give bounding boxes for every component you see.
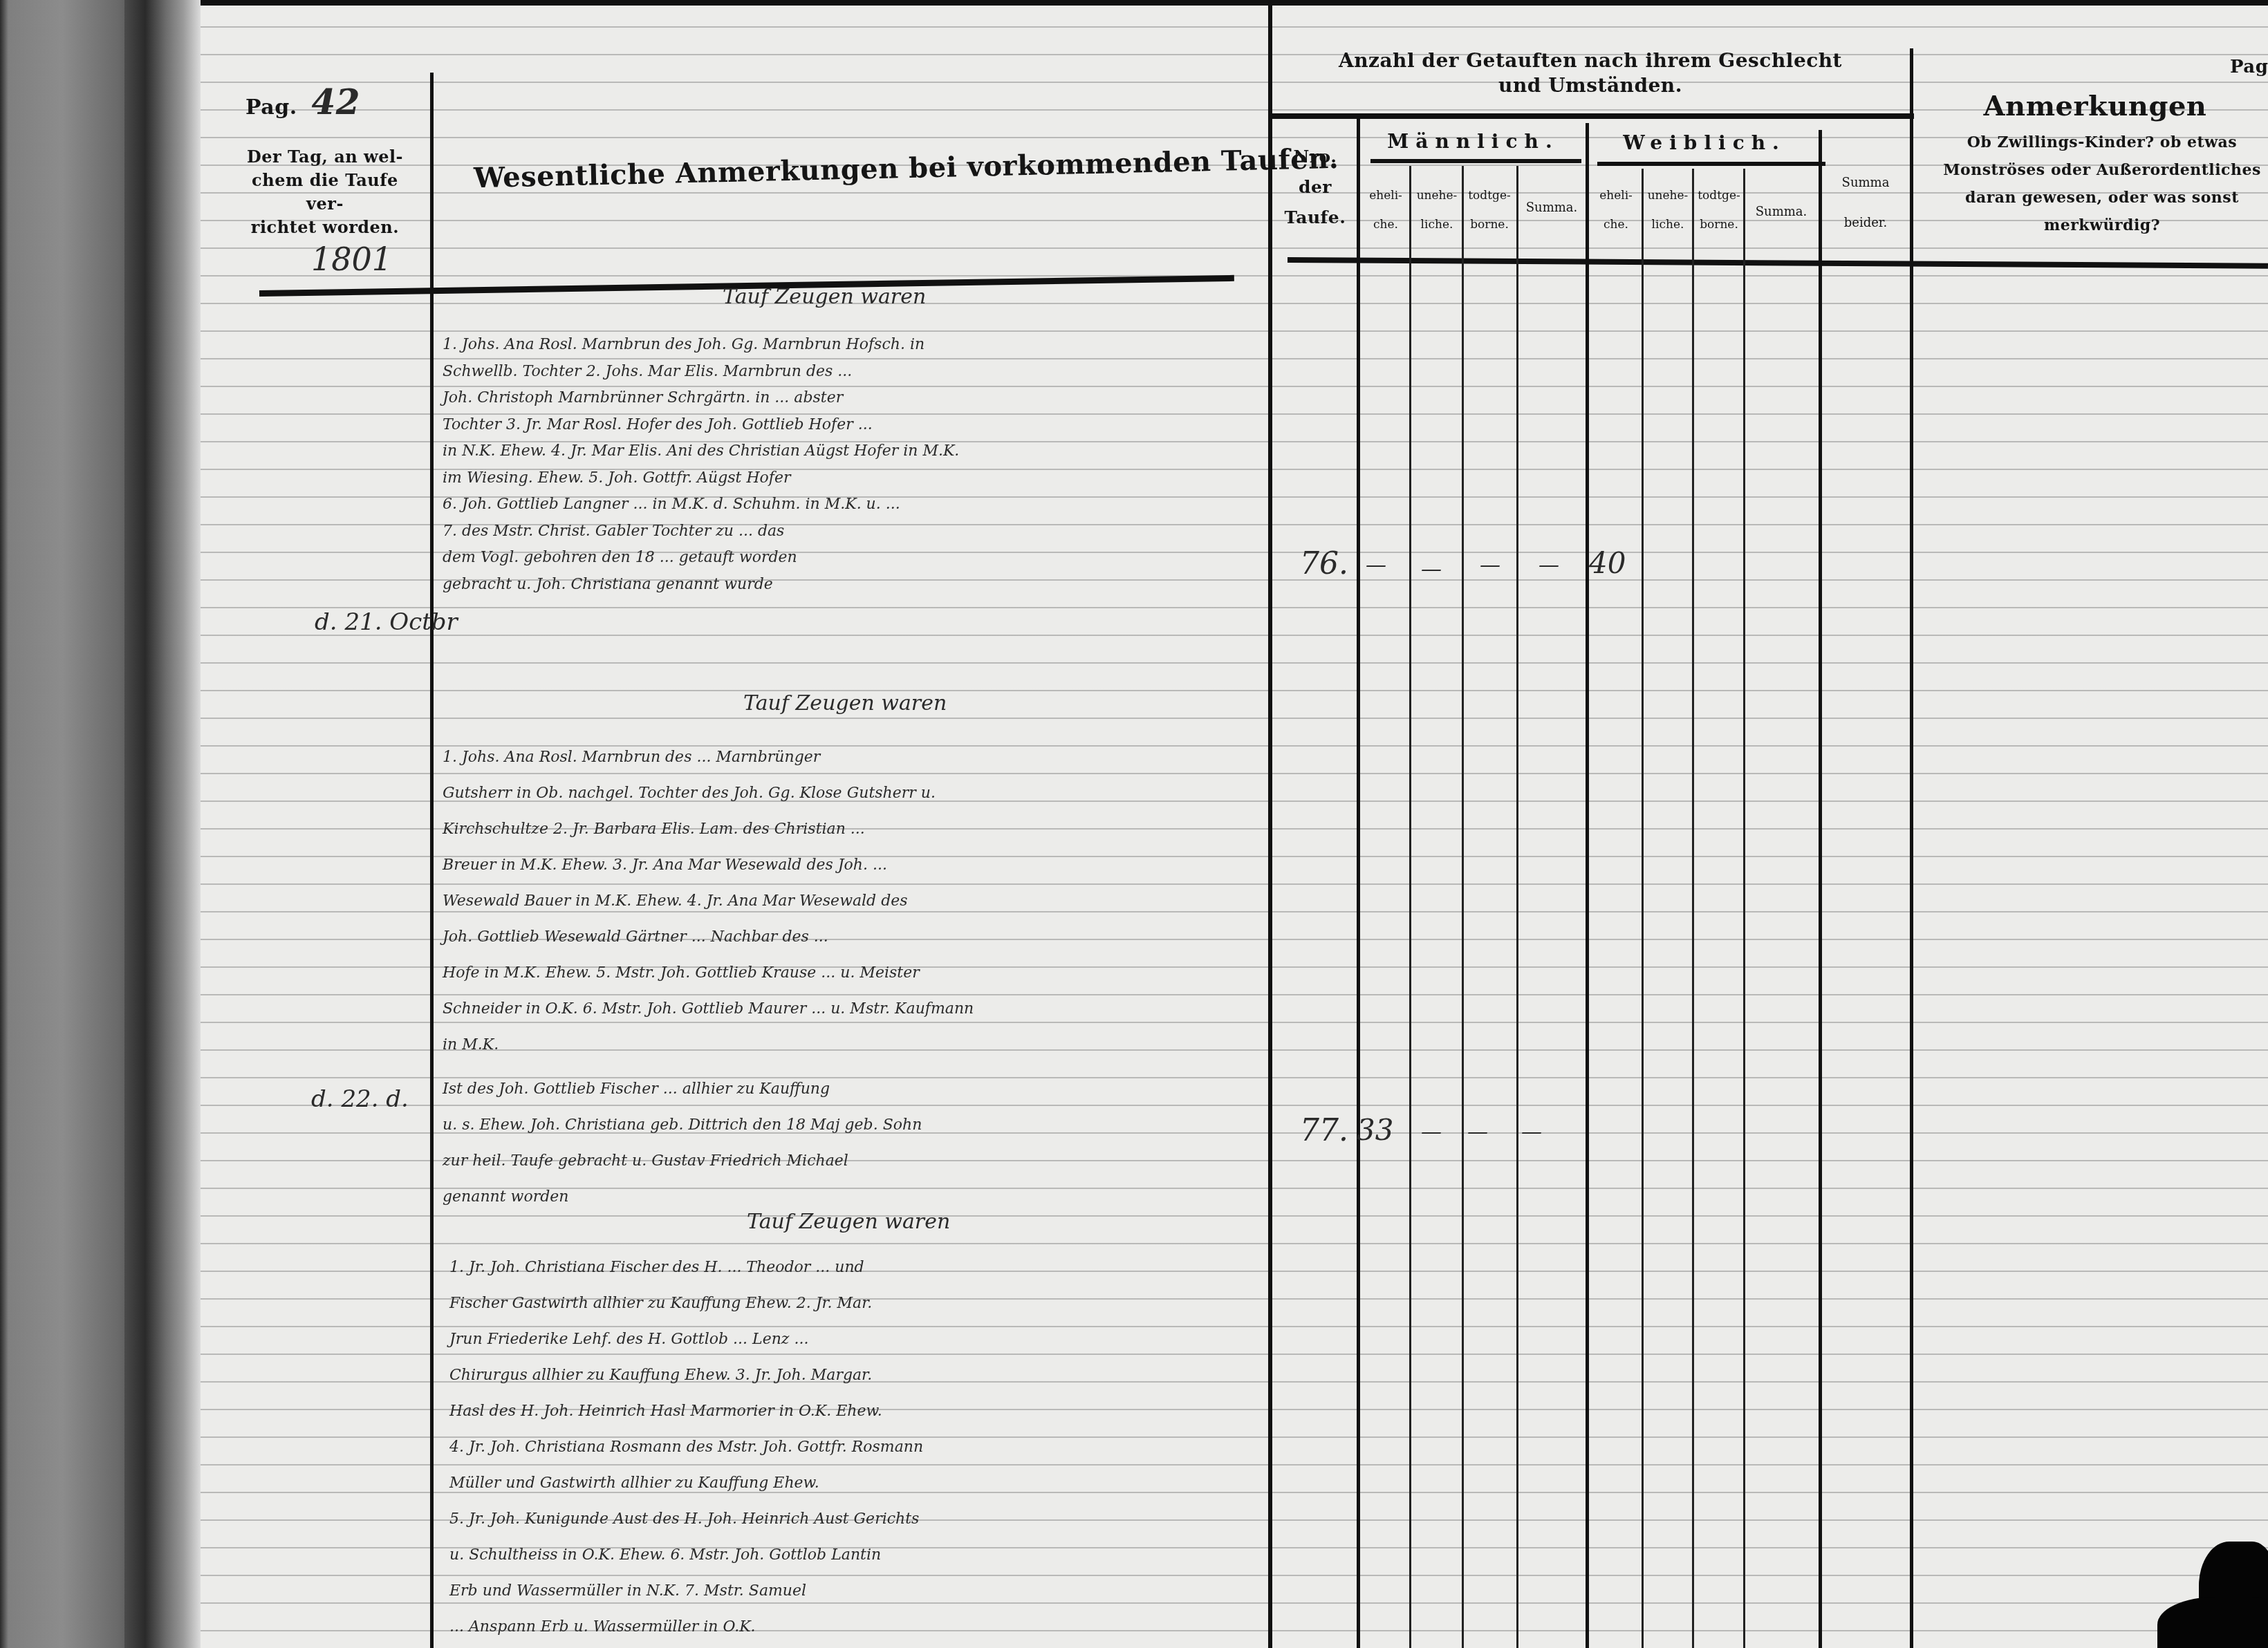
handwritten-line: Hasl des H. Joh. Heinrich Hasl Marmorier… [449, 1394, 1265, 1430]
handwritten-line: u. s. Ehew. Joh. Christiana geb. Dittric… [443, 1107, 1258, 1143]
male-group-header: Männlich. [1361, 130, 1586, 153]
sub-header-text: unehe- [1644, 181, 1692, 210]
column-line [1642, 169, 1644, 1648]
handwritten-line: Joh. Gottlieb Wesewald Gärtner ... Nachb… [443, 919, 1258, 955]
sub-header-text: todtge- [1464, 181, 1515, 210]
female-group-header: Weiblich. [1590, 131, 1819, 154]
entry-1-number: 76. [1300, 546, 1348, 581]
entry-3-witness-text: 1. Jr. Joh. Christiana Fischer des H. ..… [449, 1250, 1265, 1645]
sub-header-text: todtge- [1694, 181, 1744, 210]
handwritten-line: 6. Joh. Gottlieb Langner ... in M.K. d. … [443, 491, 1258, 518]
handwritten-line: 1. Johs. Ana Rosl. Marnbrun des Joh. Gg.… [443, 332, 1258, 359]
date-remarks-divider [430, 73, 434, 1648]
female-group-rule [1597, 162, 1825, 166]
handwritten-line: u. Schultheiss in O.K. Ehew. 6. Mstr. Jo… [449, 1537, 1265, 1573]
entry-1-male-eheliche: — [1366, 553, 1386, 577]
sub-header-text: eheli- [1361, 181, 1411, 210]
entry-2-text: 1. Johs. Ana Rosl. Marnbrun des ... Marn… [443, 740, 1258, 1063]
column-line [1462, 166, 1464, 1648]
register-year: 1801 [311, 241, 392, 278]
sub-header-text: che. [1361, 210, 1411, 239]
entry-1-male-uneheliche: — [1421, 557, 1442, 581]
table-header-rule [1288, 257, 2268, 269]
female-todtgeborne-header: todtge-borne. [1694, 181, 1744, 239]
column-line [1409, 166, 1411, 1648]
handwritten-line: dem Vogl. gebohren den 18 ... getauft wo… [443, 545, 1258, 572]
entry-1-text: 1. Johs. Ana Rosl. Marnbrun des Joh. Gg.… [443, 332, 1258, 598]
handwritten-line: 4. Jr. Joh. Christiana Rosmann des Mstr.… [449, 1430, 1265, 1466]
date-header-line-3: richtet worden. [235, 216, 415, 239]
handwritten-line: 1. Jr. Joh. Christiana Fischer des H. ..… [449, 1250, 1265, 1286]
column-line [1743, 169, 1745, 1648]
entry-3-heading: Tauf Zeugen waren [747, 1210, 950, 1234]
male-todtgeborne-header: todtge-borne. [1464, 181, 1515, 239]
entry-3-male-summa: — [1521, 1120, 1542, 1144]
entry-3-number: 77. [1300, 1113, 1348, 1148]
male-summa-header: Summa. [1518, 200, 1586, 215]
sum-both-header: Summa beider. [1823, 163, 1908, 243]
entry-1-heading: Tauf Zeugen waren [723, 285, 926, 309]
sub-header-text: liche. [1644, 210, 1692, 239]
sum-both-text: Summa [1823, 163, 1908, 203]
handwritten-line: ... Anspann Erb u. Wassermüller in O.K. [449, 1609, 1265, 1645]
handwritten-line: Erb und Wassermüller in N.K. 7. Mstr. Sa… [449, 1573, 1265, 1609]
sub-header-text: che. [1590, 210, 1642, 239]
page-label: Pag. 42 [245, 82, 360, 122]
entry-3-male-uneheliche: — [1421, 1120, 1442, 1144]
handwritten-line: gebracht u. Joh. Christiana genannt wurd… [443, 572, 1258, 599]
count-title-rule [1271, 113, 1914, 119]
scan-shadow-blot [2157, 1597, 2268, 1648]
entry-1-male-summa: — [1539, 553, 1559, 577]
entry-3-male-todtgeborne: — [1467, 1120, 1488, 1144]
handwritten-line: Tochter 3. Jr. Mar Rosl. Hofer des Joh. … [443, 412, 1258, 439]
male-group-rule [1370, 159, 1581, 163]
count-title-line-1: Anzahl der Getauften nach ihrem Geschlec… [1300, 48, 1881, 73]
handwritten-line: 7. des Mstr. Christ. Gabler Tochter zu .… [443, 518, 1258, 545]
female-uneheliche-header: unehe-liche. [1644, 181, 1692, 239]
sub-header-text: liche. [1412, 210, 1462, 239]
handwritten-line: Joh. Christoph Marnbrünner Schrgärtn. in… [443, 385, 1258, 412]
handwritten-line: Fischer Gastwirth allhier zu Kauffung Eh… [449, 1286, 1265, 1322]
handwritten-line: Gutsherr in Ob. nachgel. Tochter des Joh… [443, 776, 1258, 812]
sub-header-text: eheli- [1590, 181, 1642, 210]
book-binding-edge [0, 0, 131, 1648]
male-uneheliche-header: unehe-liche. [1412, 181, 1462, 239]
page-gutter [124, 0, 201, 1648]
entry-1-date: d. 21. Octbr [315, 608, 458, 636]
entry-1-female-eheliche: 40 [1589, 546, 1626, 580]
handwritten-line: im Wiesing. Ehew. 5. Joh. Gottfr. Aügst … [443, 465, 1258, 492]
column-line [1516, 166, 1518, 1648]
handwritten-line: Jrun Friederike Lehf. des H. Gottlob ...… [449, 1322, 1265, 1358]
handwritten-line: Hofe in M.K. Ehew. 5. Mstr. Joh. Gottlie… [443, 955, 1258, 991]
column-line [1910, 48, 1913, 1648]
female-summa-header: Summa. [1745, 205, 1817, 219]
date-header-line-1: Der Tag, an wel- [235, 145, 415, 169]
handwritten-line: Kirchschultze 2. Jr. Barbara Elis. Lam. … [443, 812, 1258, 848]
notes-subtitle-line: Monströses oder Außerordentliches [1922, 156, 2268, 184]
handwritten-line: Schwellb. Tochter 2. Johs. Mar Elis. Mar… [443, 359, 1258, 386]
nro-header-line-2: der [1274, 172, 1357, 203]
handwritten-line: Chirurgus allhier zu Kauffung Ehew. 3. J… [449, 1358, 1265, 1394]
sub-header-text: borne. [1464, 210, 1515, 239]
handwritten-line: zur heil. Taufe gebracht u. Gustav Fried… [443, 1143, 1258, 1179]
notes-subtitle-line: Ob Zwillings-Kinder? ob etwas [1922, 129, 2268, 156]
entry-2-heading: Tauf Zeugen waren [743, 691, 947, 715]
page-label-text: Pag. [245, 95, 297, 120]
entry-3-date: d. 22. d. [311, 1085, 409, 1113]
nro-column-header: Nro. der Taufe. [1274, 142, 1357, 233]
handwritten-line: 5. Jr. Joh. Kunigunde Aust des H. Joh. H… [449, 1501, 1265, 1537]
register-page: Pag. 42 Der Tag, an wel- chem die Taufe … [0, 0, 2268, 1648]
notes-column-subtitle: Ob Zwillings-Kinder? ob etwas Monströses… [1922, 129, 2268, 239]
column-line [1692, 169, 1694, 1648]
column-line [1586, 123, 1589, 1648]
notes-subtitle-line: daran gewesen, oder was sonst [1922, 184, 2268, 212]
scan-top-edge [0, 0, 2268, 6]
handwritten-line: Wesewald Bauer in M.K. Ehew. 4. Jr. Ana … [443, 883, 1258, 919]
remarks-table-divider [1268, 6, 1272, 1648]
nro-header-line-3: Taufe. [1274, 203, 1357, 233]
count-title-line-2: und Umständen. [1300, 73, 1881, 98]
handwritten-line: Breuer in M.K. Ehew. 3. Jr. Ana Mar Wese… [443, 848, 1258, 883]
nro-header-line-1: Nro. [1274, 142, 1357, 172]
notes-subtitle-line: merkwürdig? [1922, 212, 2268, 239]
count-group-title: Anzahl der Getauften nach ihrem Geschlec… [1300, 48, 1881, 98]
page-number: 42 [312, 82, 361, 122]
handwritten-line: in N.K. Ehew. 4. Jr. Mar Elis. Ani des C… [443, 438, 1258, 465]
handwritten-line: Ist des Joh. Gottlieb Fischer ... allhie… [443, 1071, 1258, 1107]
male-eheliche-header: eheli-che. [1361, 181, 1411, 239]
handwritten-line: Müller und Gastwirth allhier zu Kauffung… [449, 1466, 1265, 1501]
sub-header-text: unehe- [1412, 181, 1462, 210]
column-line [1819, 130, 1822, 1648]
handwritten-line: Schneider in O.K. 6. Mstr. Joh. Gottlieb… [443, 991, 1258, 1027]
date-header-line-2: chem die Taufe ver- [235, 169, 415, 216]
entry-3-text: Ist des Joh. Gottlieb Fischer ... allhie… [443, 1071, 1258, 1215]
sum-both-text: beider. [1823, 203, 1908, 243]
notes-column-title: Anmerkungen [1915, 90, 2268, 122]
right-page-label: Pag. [2230, 57, 2268, 77]
entry-1-male-todtgeborne: — [1480, 553, 1500, 577]
sub-header-text: borne. [1694, 210, 1744, 239]
date-column-header: Der Tag, an wel- chem die Taufe ver- ric… [235, 145, 415, 239]
entry-3-male-eheliche: 33 [1357, 1113, 1393, 1147]
remarks-column-header: Wesentliche Anmerkungen bei vorkommenden… [474, 142, 1339, 194]
handwritten-line: 1. Johs. Ana Rosl. Marnbrun des ... Marn… [443, 740, 1258, 776]
handwritten-line: in M.K. [443, 1027, 1258, 1063]
column-line [1357, 118, 1360, 1648]
female-eheliche-header: eheli-che. [1590, 181, 1642, 239]
